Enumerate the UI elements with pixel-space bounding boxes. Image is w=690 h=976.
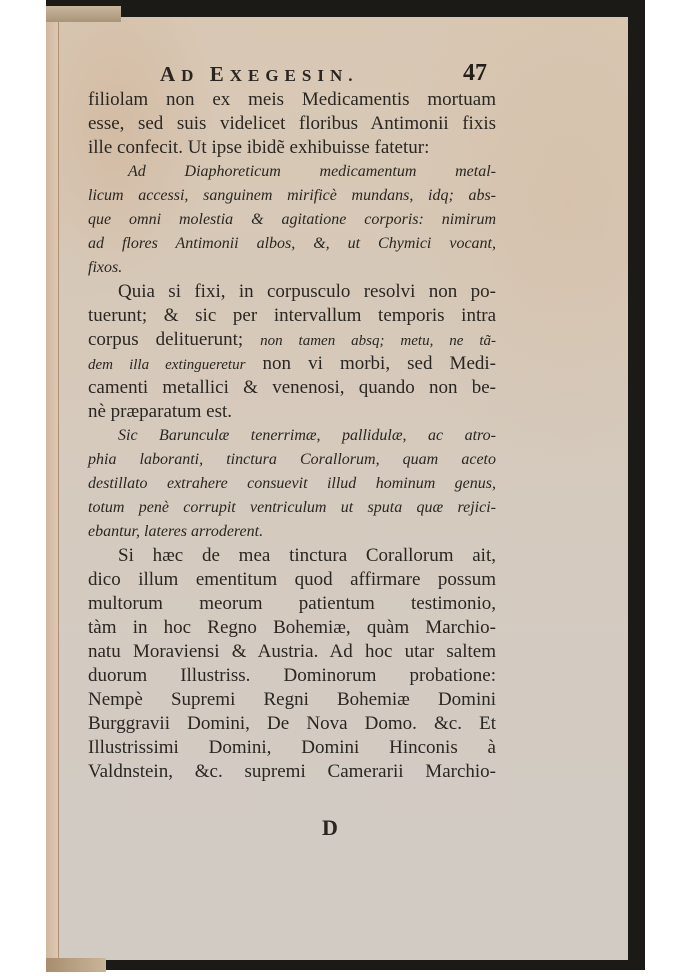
page-gutter-edge <box>46 10 59 960</box>
body-text: filiolam non ex meis Medicamentis mortua… <box>88 88 496 784</box>
text-line: duorum Illustriss. Dominorum probatione: <box>88 664 496 688</box>
binding-tab-top <box>46 6 121 22</box>
text-line-mixed: corpus delituerunt; non tamen absq; metu… <box>88 328 496 352</box>
italic-line: phia laboranti, tinctura Corallorum, qua… <box>88 448 496 472</box>
text-line: tàm in hoc Regno Bohemiæ, quàm Marchio- <box>88 616 496 640</box>
text-line: Quia si fixi, in corpusculo resolvi non … <box>88 280 496 304</box>
running-head: AD EXEGESIN. 47 <box>160 60 500 88</box>
text-line: esse, sed suis videlicet floribus Antimo… <box>88 112 496 136</box>
italic-line: totum penè corrupit ventriculum ut sputa… <box>88 496 496 520</box>
text-line: camenti metallici & venenosi, quando non… <box>88 376 496 400</box>
italic-line: Sic Barunculæ tenerrimæ, pallidulæ, ac a… <box>88 424 496 448</box>
text-line: multorum meorum patientum testimonio, <box>88 592 496 616</box>
italic-line: ebantur, lateres arroderent. <box>88 520 496 544</box>
text-line-mixed: dem illa extingueretur non vi morbi, sed… <box>88 352 496 376</box>
quote-line: Ad Diaphoreticum medicamentum metal- <box>88 160 496 184</box>
text-line: nè præparatum est. <box>88 400 496 424</box>
text-line: natu Moraviensi & Austria. Ad hoc utar s… <box>88 640 496 664</box>
binding-tab-bottom <box>46 958 106 972</box>
text-line: ille confecit. Ut ipse ibidẽ exhibuisse … <box>88 136 496 160</box>
text-line: Illustrissimi Domini, Domini Hinconis à <box>88 736 496 760</box>
text-line: Nempè Supremi Regni Bohemiæ Domini <box>88 688 496 712</box>
quote-line: fixos. <box>88 256 496 280</box>
signature-mark: D <box>322 815 338 841</box>
page-number: 47 <box>463 60 487 87</box>
text-line: Burggravii Domini, De Nova Domo. &c. Et <box>88 712 496 736</box>
text-line: dico illum ementitum quod affirmare poss… <box>88 568 496 592</box>
italic-line: destillato extrahere consuevit illud hom… <box>88 472 496 496</box>
text-line: Si hæc de mea tinctura Corallorum ait, <box>88 544 496 568</box>
text-line: tuerunt; & sic per intervallum temporis … <box>88 304 496 328</box>
quote-line: ad flores Antimonii albos, &, ut Chymici… <box>88 232 496 256</box>
text-line: filiolam non ex meis Medicamentis mortua… <box>88 88 496 112</box>
text-line: Valdnstein, &c. supremi Camerarii Marchi… <box>88 760 496 784</box>
quote-line: licum accessi, sanguinem mirificè mundan… <box>88 184 496 208</box>
quote-line: que omni molestia & agitatione corporis:… <box>88 208 496 232</box>
running-head-title: AD EXEGESIN. <box>160 62 359 87</box>
